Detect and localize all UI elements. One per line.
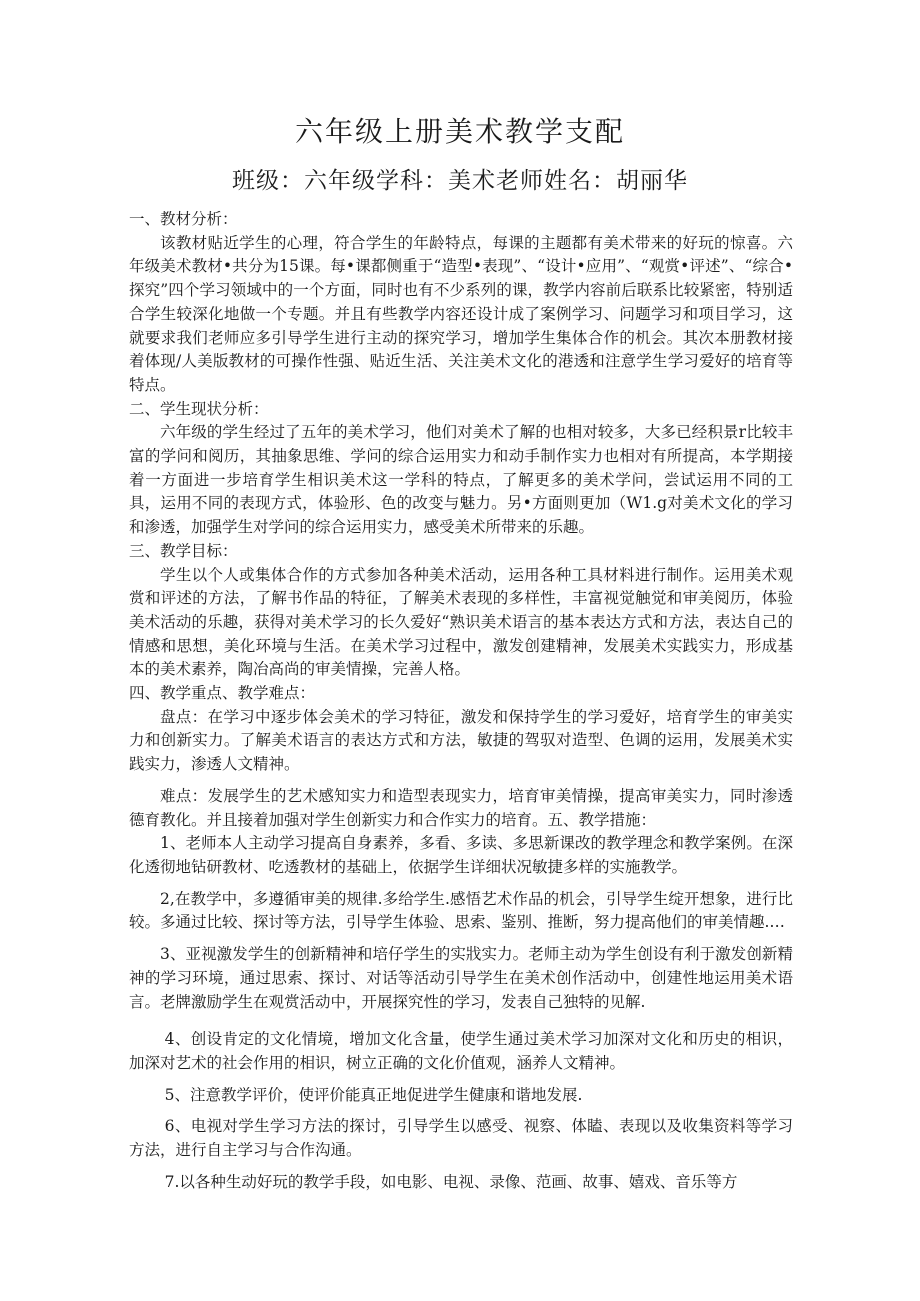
- measure-item: 7.以各种生动好玩的教学手段，如电影、电视、录像、范画、故事、嬉戏、音乐等方: [129, 1171, 793, 1195]
- measure-item: 3、亚视激发学生的创新精神和培仔学生的实戕实力。老师主动为学生创设有利于激发创新…: [129, 943, 793, 1014]
- paragraph-student-status: 六年级的学生经过了五年的美术学习，他们对美术了解的也相对较多，大多已经积景r比较…: [129, 421, 793, 540]
- document-page: 六年级上册美术教学支配 班级：六年级学科：美术老师姓名：胡丽华 一、教材分析： …: [0, 0, 920, 1301]
- section-heading-goals: 三、教学目标：: [129, 540, 793, 564]
- section-heading-students: 二、学生现状分析：: [129, 398, 793, 422]
- measure-item: 5、注意教学评价，使评价能真正地促进学生健康和谐地发展.: [129, 1084, 793, 1108]
- measure-item: 1、老师本人主动学习提高自身素养，多看、多读、多思新课改的教学理念和教学案例。在…: [129, 832, 793, 879]
- section-heading-materials: 一、教材分析：: [129, 208, 793, 232]
- document-title: 六年级上册美术教学支配: [0, 112, 920, 152]
- measure-item: 6、电视对学生学习方法的探讨，引导学生以感受、视察、体瞌、表现以及收集资料等学习…: [129, 1115, 793, 1162]
- measure-item: 4、创设肯定的文化情境，增加文化含量，使学生通过美术学习加深对文化和历史的相识，…: [129, 1028, 793, 1075]
- section-heading-key-points: 四、教学重点、教学难点：: [129, 682, 793, 706]
- paragraph-key-points: 盘点：在学习中逐步体会美术的学习特征，激发和保持学生的学习爱好，培育学生的审美实…: [129, 706, 793, 777]
- measure-item: 2,在教学中，多遵循审美的规律.多给学生.感悟艺术作品的机会，引导学生绽开想象，…: [129, 888, 793, 935]
- paragraph-difficulties: 难点：发展学生的艺术感知实力和造型表现实力，培育审美情操，提高审美实力，同时渗透…: [129, 785, 793, 832]
- document-subtitle: 班级：六年级学科：美术老师姓名：胡丽华: [0, 163, 920, 199]
- paragraph-teaching-goals: 学生以个人或集体合作的方式参加各种美术活动，运用各种工具材料进行制作。运用美术观…: [129, 564, 793, 683]
- document-body: 一、教材分析： 该教材贴近学生的心理，符合学生的年龄特点，每课的主题都有美术带来…: [129, 208, 793, 1194]
- paragraph-materials-analysis: 该教材贴近学生的心理，符合学生的年龄特点，每课的主题都有美术带来的好玩的惊喜。六…: [129, 232, 793, 398]
